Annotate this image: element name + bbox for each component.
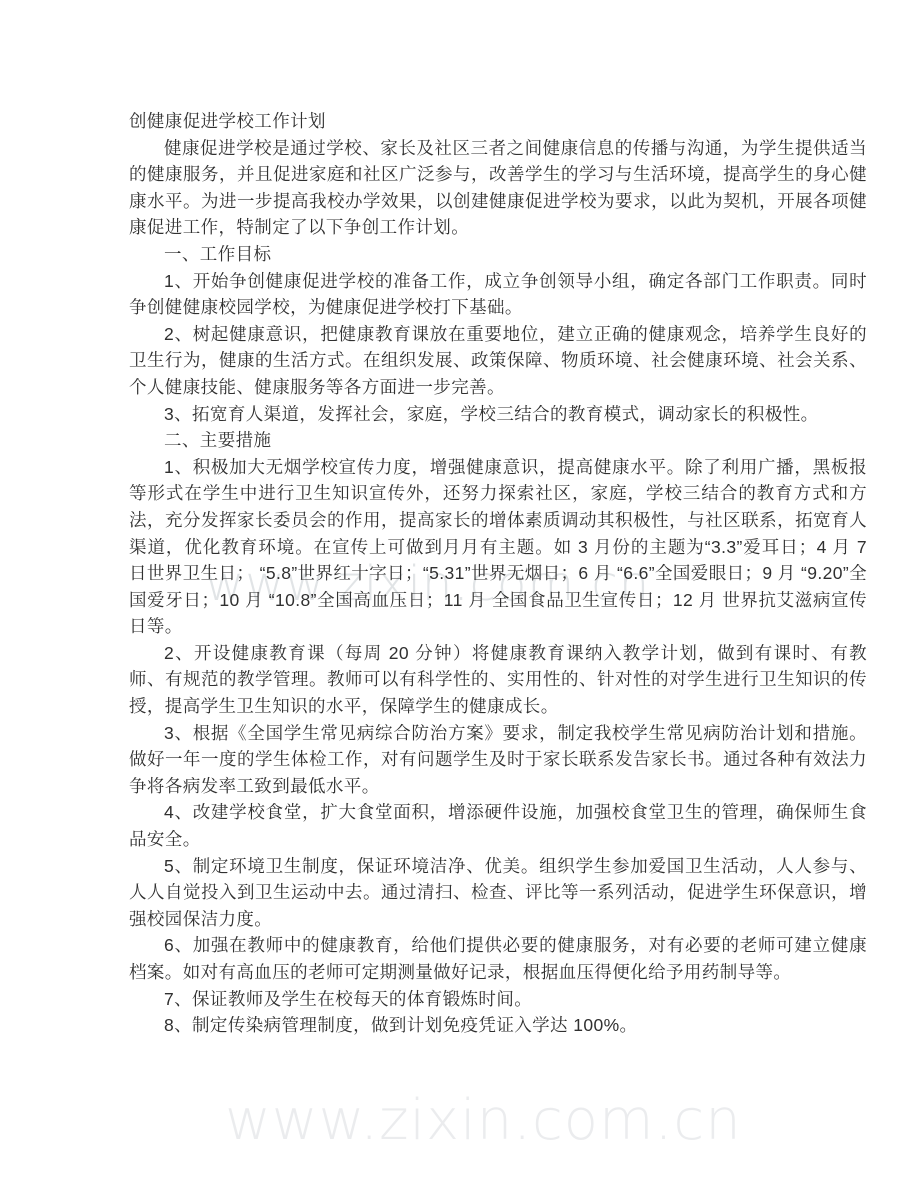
paragraph: 8、制定传染病管理制度，做到计划免疫凭证入学达 100%。 — [129, 1012, 867, 1039]
paragraph: 6、加强在教师中的健康教育，给他们提供必要的健康服务，对有必要的老师可建立健康档… — [129, 932, 867, 985]
document-body: 创健康促进学校工作计划 健康促进学校是通过学校、家长及社区三者之间健康信息的传播… — [129, 108, 867, 1039]
paragraph: 2、树起健康意识，把健康教育课放在重要地位，建立正确的健康观念，培养学生良好的卫… — [129, 321, 867, 401]
paragraph: 1、开始争创健康促进学校的准备工作，成立争创领导小组，确定各部门工作职责。同时争… — [129, 268, 867, 321]
section-heading: 二、主要措施 — [129, 427, 867, 454]
section-heading: 一、工作目标 — [129, 241, 867, 268]
paragraph: 7、保证教师及学生在校每天的体育锻炼时间。 — [129, 986, 867, 1013]
paragraph: 2、开设健康教育课（每周 20 分钟）将健康教育课纳入教学计划，做到有课时、有教… — [129, 640, 867, 720]
paragraph: 1、积极加大无烟学校宣传力度，增强健康意识，提高健康水平。除了利用广播，黑板报等… — [129, 454, 867, 640]
document-title: 创健康促进学校工作计划 — [129, 108, 867, 135]
document-page: www.zixin.com.cnwww.zixin.com.cn 创健康促进学校… — [0, 0, 920, 1191]
watermark-text-2: www.zixin.com.cn — [225, 1088, 742, 1153]
paragraph: 3、根据《全国学生常见病综合防治方案》要求，制定我校学生常见病防治计划和措施。做… — [129, 720, 867, 800]
paragraph: 3、拓宽育人渠道，发挥社会，家庭，学校三结合的教育模式，调动家长的积极性。 — [129, 401, 867, 428]
paragraph: 4、改建学校食堂，扩大食堂面积，增添硬件设施，加强校食堂卫生的管理，确保师生食品… — [129, 799, 867, 852]
paragraph: 健康促进学校是通过学校、家长及社区三者之间健康信息的传播与沟通，为学生提供适当的… — [129, 135, 867, 241]
paragraph: 5、制定环境卫生制度，保证环境洁净、优美。组织学生参加爱国卫生活动，人人参与、人… — [129, 853, 867, 933]
